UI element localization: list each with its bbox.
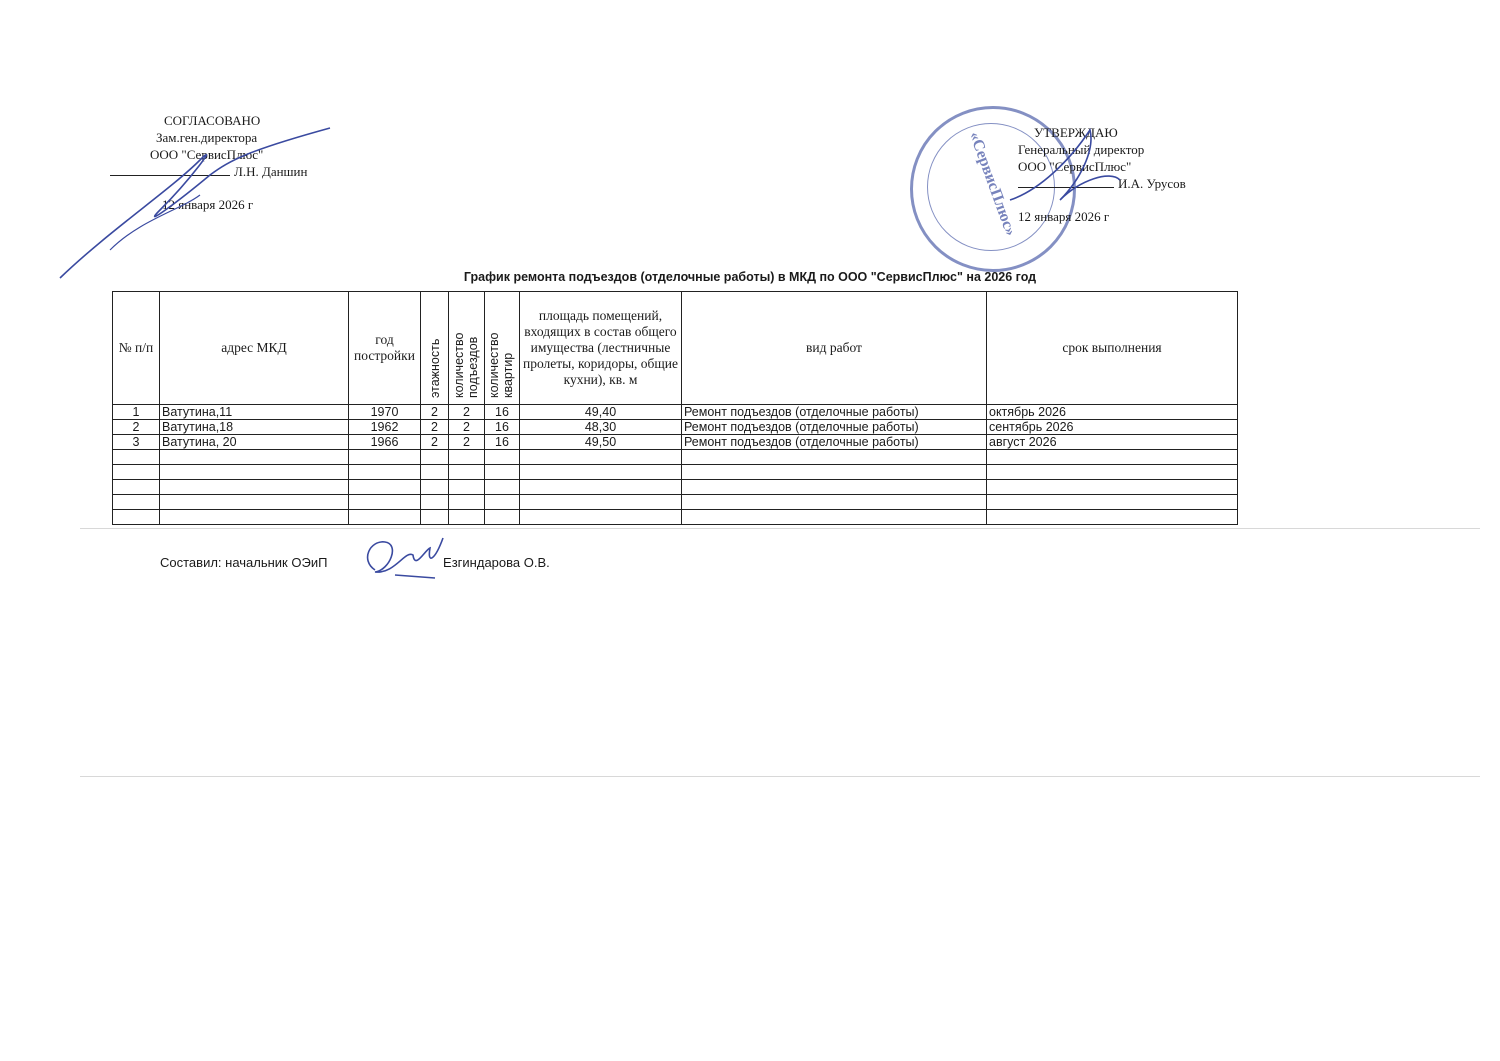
repair-schedule-table: № п/п адрес МКД год постройки этажность … — [112, 291, 1238, 525]
compiled-by-name: Езгиндарова О.В. — [443, 555, 550, 570]
cell-num: 3 — [113, 435, 160, 450]
cell-apartments: 16 — [485, 435, 520, 450]
table-row: 3 Ватутина, 20 1966 2 2 16 49,50 Ремонт … — [113, 435, 1238, 450]
cell-year: 1962 — [349, 420, 421, 435]
cell-year: 1970 — [349, 405, 421, 420]
cell-work-type: Ремонт подъездов (отделочные работы) — [682, 435, 987, 450]
cell-work-type: Ремонт подъездов (отделочные работы) — [682, 420, 987, 435]
table-row-empty — [113, 450, 1238, 465]
header-entrances-cell: количество подъездов — [449, 292, 485, 405]
cell-area: 49,40 — [520, 405, 682, 420]
header-address: адрес МКД — [160, 292, 349, 405]
cell-entrances: 2 — [449, 405, 485, 420]
cell-address: Ватутина,18 — [160, 420, 349, 435]
table-row-empty — [113, 510, 1238, 525]
table-row: 2 Ватутина,18 1962 2 2 16 48,30 Ремонт п… — [113, 420, 1238, 435]
table-row: 1 Ватутина,11 1970 2 2 16 49,40 Ремонт п… — [113, 405, 1238, 420]
header-apartments: количество квартир — [487, 298, 517, 398]
cell-year: 1966 — [349, 435, 421, 450]
header-work-type: вид работ — [682, 292, 987, 405]
cell-num: 1 — [113, 405, 160, 420]
scan-artifact-line — [80, 776, 1480, 777]
cell-area: 49,50 — [520, 435, 682, 450]
signature-scribble-left — [50, 120, 350, 290]
cell-floors: 2 — [421, 435, 449, 450]
cell-deadline: сентябрь 2026 — [987, 420, 1238, 435]
cell-floors: 2 — [421, 420, 449, 435]
cell-area: 48,30 — [520, 420, 682, 435]
cell-deadline: август 2026 — [987, 435, 1238, 450]
header-area: площадь помещений, входящих в состав общ… — [520, 292, 682, 405]
header-entrances: количество подъездов — [452, 298, 482, 398]
cell-address: Ватутина, 20 — [160, 435, 349, 450]
cell-apartments: 16 — [485, 420, 520, 435]
scan-artifact-line — [80, 528, 1480, 529]
table-row-empty — [113, 480, 1238, 495]
cell-apartments: 16 — [485, 405, 520, 420]
cell-address: Ватутина,11 — [160, 405, 349, 420]
header-apartments-cell: количество квартир — [485, 292, 520, 405]
table-row-empty — [113, 495, 1238, 510]
header-num: № п/п — [113, 292, 160, 405]
header-floors-cell: этажность — [421, 292, 449, 405]
cell-floors: 2 — [421, 405, 449, 420]
cell-entrances: 2 — [449, 435, 485, 450]
table-header-row: № п/п адрес МКД год постройки этажность … — [113, 292, 1238, 405]
compiled-by-label: Составил: начальник ОЭиП — [160, 555, 327, 570]
signature-scribble-compiler — [355, 530, 450, 590]
document-title: График ремонта подъездов (отделочные раб… — [0, 270, 1500, 284]
cell-deadline: октябрь 2026 — [987, 405, 1238, 420]
cell-work-type: Ремонт подъездов (отделочные работы) — [682, 405, 987, 420]
header-floors: этажность — [428, 298, 442, 398]
header-deadline: срок выполнения — [987, 292, 1238, 405]
cell-entrances: 2 — [449, 420, 485, 435]
cell-num: 2 — [113, 420, 160, 435]
header-year: год постройки — [349, 292, 421, 405]
signature-scribble-right — [1000, 120, 1130, 220]
table-row-empty — [113, 465, 1238, 480]
